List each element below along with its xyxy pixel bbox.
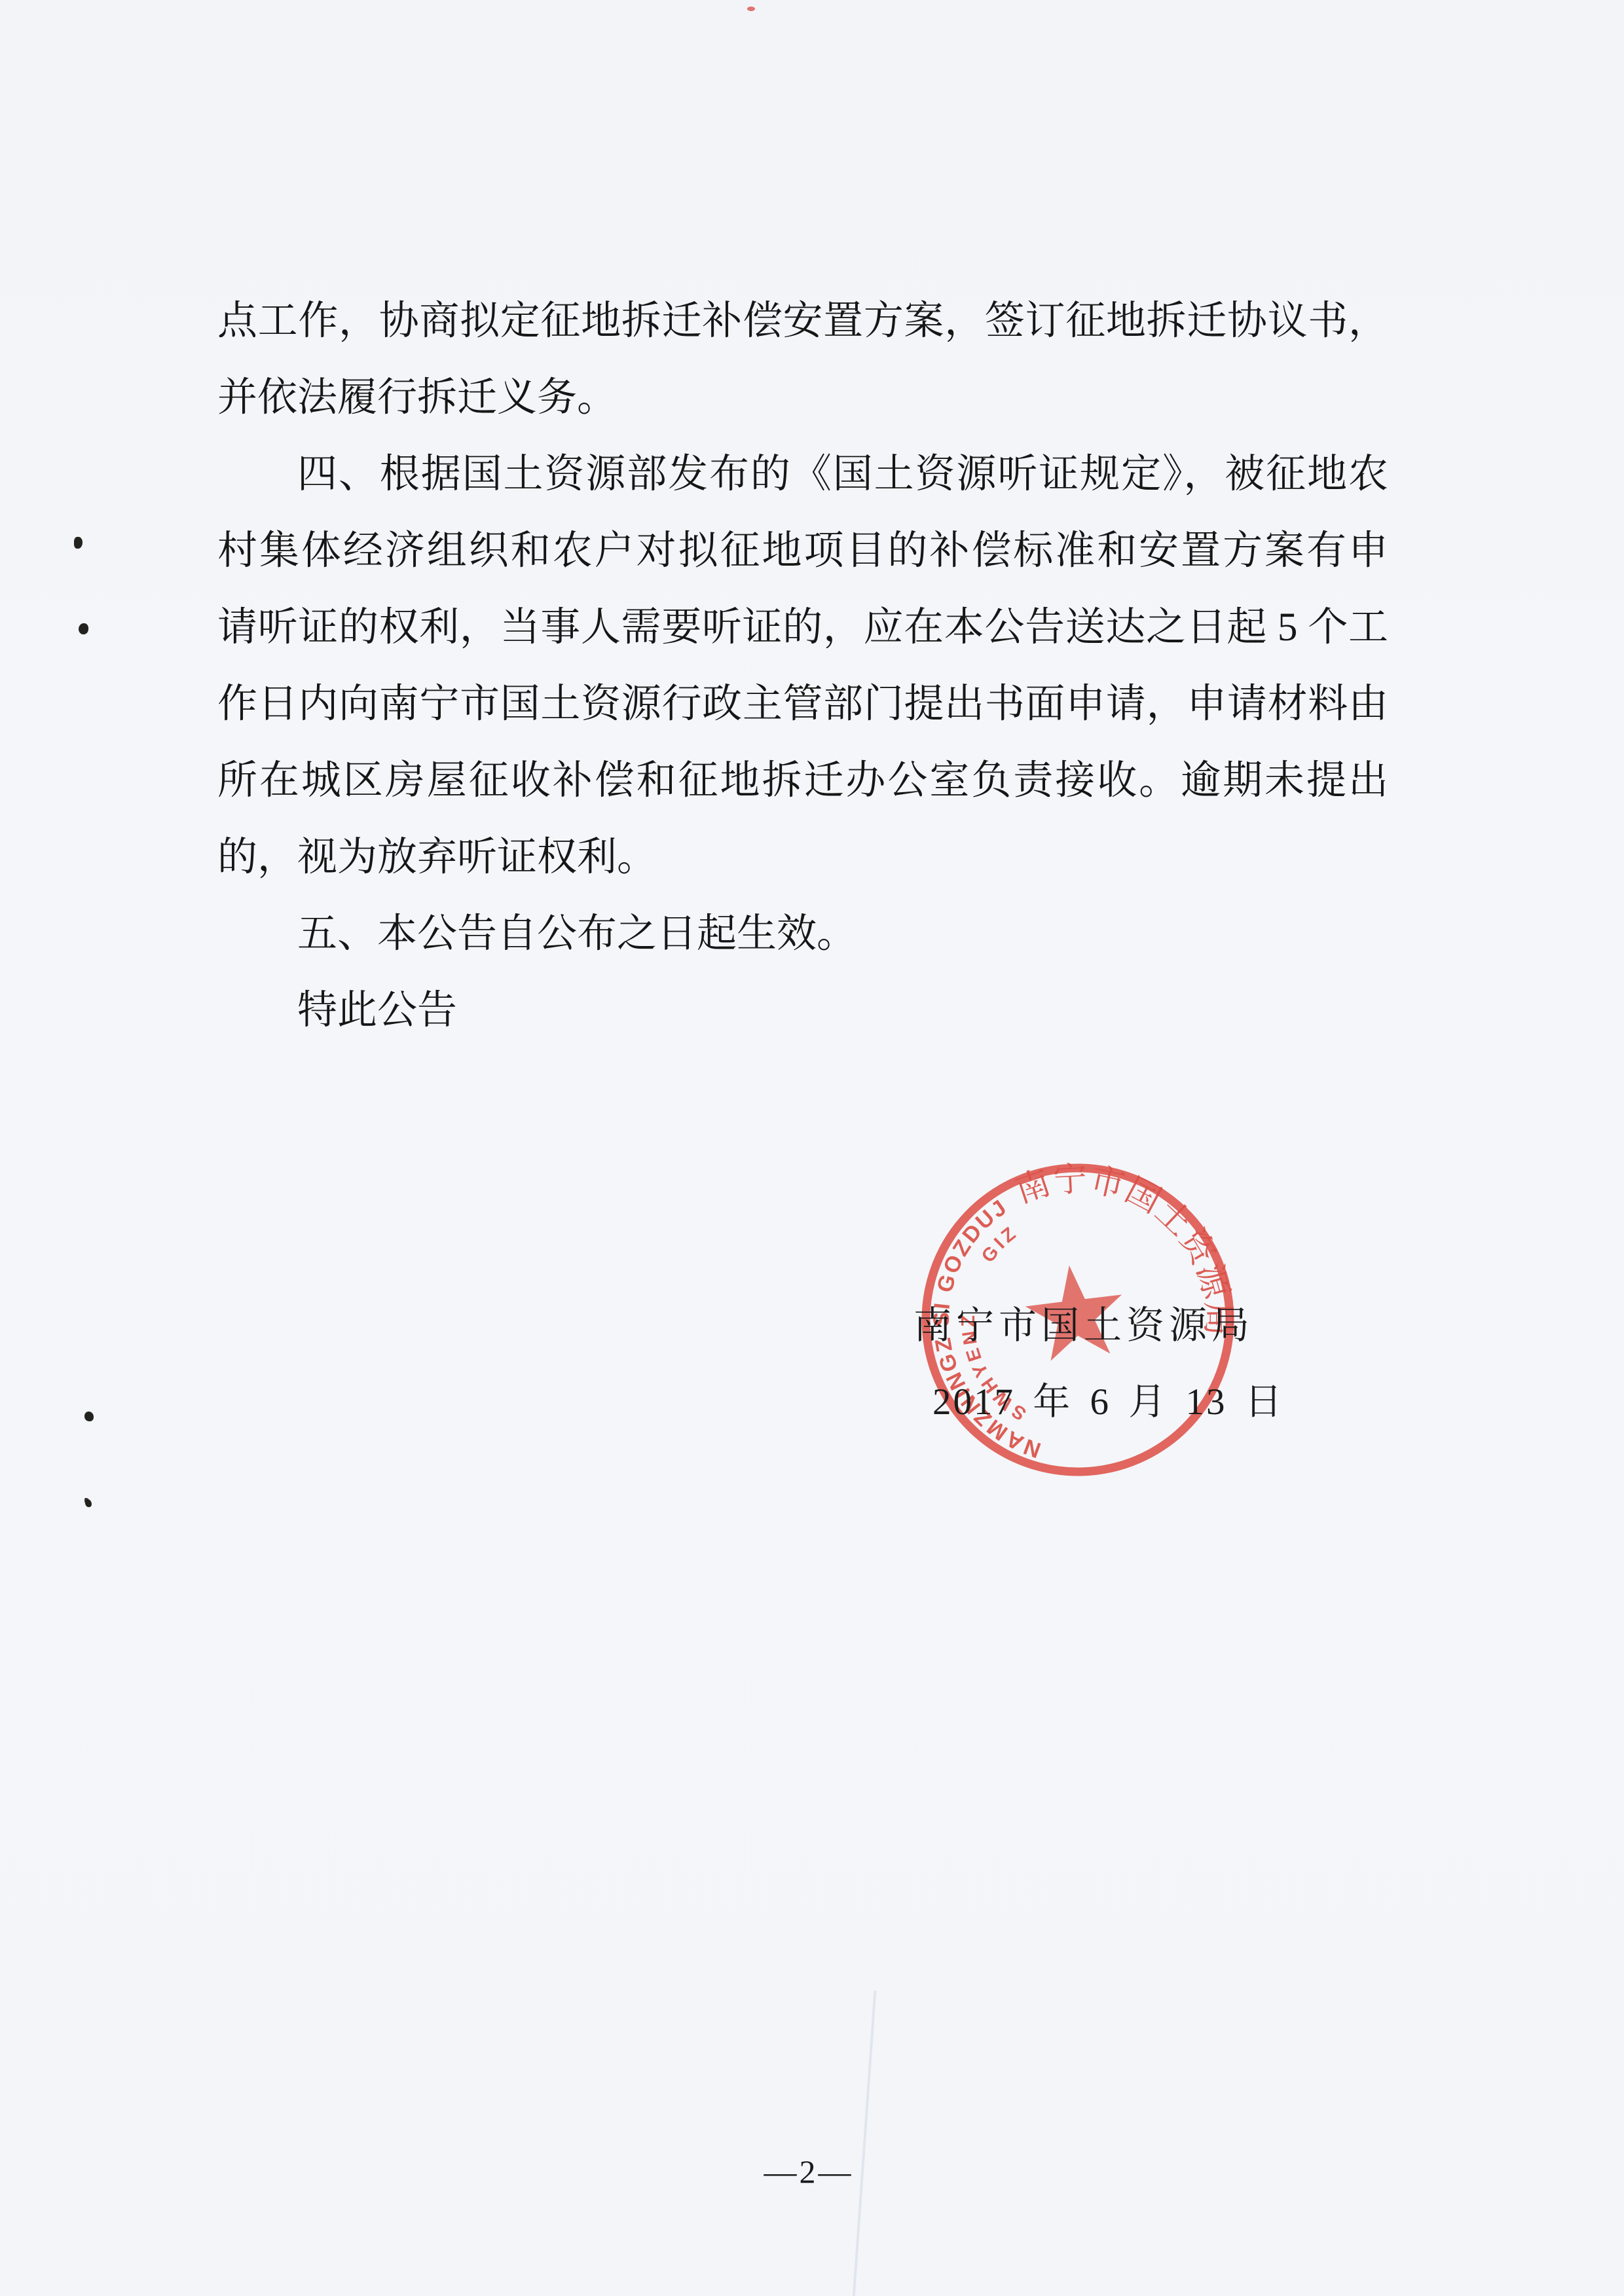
body-line: 作日内向南宁市国土资源行政主管部门提出书面申请，申请材料由 bbox=[217, 666, 1388, 742]
ink-smudge bbox=[74, 537, 83, 549]
body-line: 村集体经济组织和农户对拟征地项目的补偿标准和安置方案有申 bbox=[217, 513, 1388, 589]
page-number: —2— bbox=[740, 2153, 877, 2191]
body-line: 请听证的权利，当事人需要听证的，应在本公告送达之日起 5 个工 bbox=[217, 589, 1388, 666]
signature-date: 2017 年 6 月 13 日 bbox=[932, 1372, 1284, 1425]
ink-smudge bbox=[85, 1499, 92, 1507]
ink-smudge bbox=[84, 1412, 94, 1421]
body-line: 并依法履行拆迁义务。 bbox=[217, 359, 1388, 436]
signature-issuer: 南宁市国土资源局 bbox=[913, 1294, 1254, 1349]
announcement-body: 点工作，协商拟定征地拆迁补偿安置方案，签订征地拆迁协议书， 并依法履行拆迁义务。… bbox=[217, 283, 1388, 1049]
body-line: 四、根据国土资源部发布的《国土资源听证规定》，被征地农 bbox=[217, 436, 1388, 513]
body-line: 五、本公告自公布之日起生效。 bbox=[217, 896, 1388, 972]
ink-smudge bbox=[79, 623, 88, 634]
scanned-document-page: 点工作，协商拟定征地拆迁补偿安置方案，签订征地拆迁协议书， 并依法履行拆迁义务。… bbox=[0, 0, 1624, 2296]
body-line: 的，视为放弃听证权利。 bbox=[217, 819, 1388, 896]
red-ink-speck bbox=[747, 7, 755, 11]
scanner-streak bbox=[853, 1990, 877, 2296]
body-line: 所在城区房屋征收补偿和征地拆迁办公室负责接收。逾期未提出 bbox=[217, 742, 1388, 819]
body-line: 点工作，协商拟定征地拆迁补偿安置方案，签订征地拆迁协议书， bbox=[217, 283, 1388, 359]
body-line: 特此公告 bbox=[217, 972, 1388, 1049]
